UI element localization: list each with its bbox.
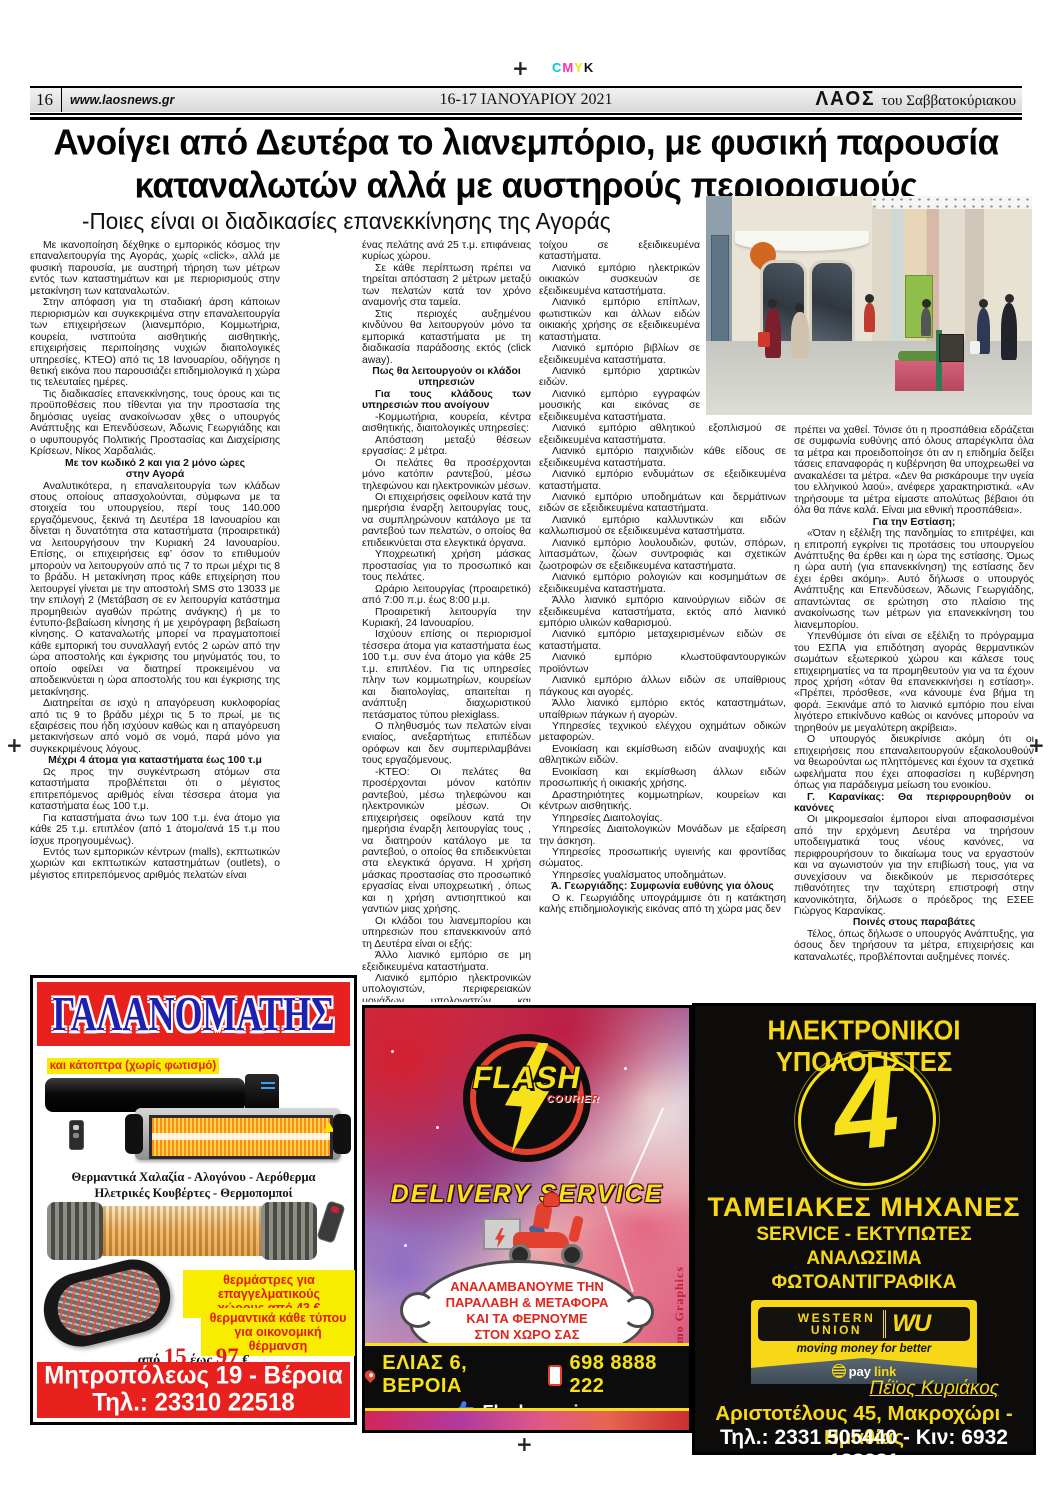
article-paragraph: Απόσταση μεταξύ θέσεων εργασίας: 2 μέτρα… bbox=[288, 435, 531, 458]
article-column-3: τοίχου σε εξειδικευμένα καταστήματα.Λιαν… bbox=[539, 240, 786, 998]
article-subheading: Ποινές στους παραβάτες bbox=[794, 917, 1034, 928]
article-subheading: Πως θα λειτουργούν οι κλάδοι υπηρεσιών bbox=[288, 366, 531, 389]
article-paragraph: «Όταν η εξέλιξη της πανδημίας το επιτρέψ… bbox=[794, 528, 1034, 631]
article-paragraph: Λιανικό εμπόριο αθλητικού εξοπλισμού σε … bbox=[539, 423, 786, 446]
flash-bubble-text: ΑΝΑΛΑΜΒΑΝΟΥΜΕ ΤΗΝ ΠΑΡΑΛΑΒΗ & ΜΕΤΑΦΟΡΑ ΚΑ… bbox=[422, 1279, 632, 1343]
flash-brand-text: FLASH bbox=[470, 1060, 585, 1096]
article-paragraph: Αναλυτικότερα, η επαναλειτουργία των κλά… bbox=[30, 481, 280, 699]
page-header: 16 www.laosnews.gr 16-17 ΙΑΝΟΥΑΡΙΟΥ 2021… bbox=[30, 88, 1022, 112]
wu-word-bottom: UNION bbox=[798, 1324, 876, 1336]
warning-triangle-icon bbox=[323, 1122, 335, 1132]
article-paragraph: πρέπει να χαθεί. Τόνισε ότι η προσπάθεια… bbox=[794, 425, 1034, 517]
flash-brand-sub: COURIER bbox=[546, 1094, 599, 1105]
ad-galanomatis-phone: Τηλ.: 23310 22518 bbox=[37, 1389, 350, 1416]
article-paragraph: Προαιρετική λειτουργία την Κυριακή, 24 Ι… bbox=[288, 607, 531, 630]
outdoor-heater-image bbox=[36, 1252, 178, 1355]
cmyk-k: K bbox=[584, 60, 594, 75]
western-union-bar: WESTERN UNION WU bbox=[758, 1307, 970, 1341]
scooter-wheel bbox=[561, 1244, 583, 1266]
lightning-streak bbox=[625, 1108, 663, 1191]
photo-shop-window bbox=[809, 260, 856, 342]
lightning-bolt-icon bbox=[494, 1228, 506, 1248]
article-paragraph: Λιανικό εμπόριο υποδημάτων και δερμάτινω… bbox=[539, 492, 786, 515]
article-paragraph: ένας πελάτης ανά 25 τ.μ. επιφάνειας κυρί… bbox=[288, 240, 531, 263]
registration-mark-top: + bbox=[512, 56, 529, 80]
article-paragraph: Ισχύουν επίσης οι περιορισμοί τέσσερα άτ… bbox=[288, 629, 531, 721]
rider-helmet bbox=[543, 1192, 560, 1207]
article-paragraph: Για καταστήματα άνω των 100 τ.μ. ένα άτο… bbox=[30, 813, 280, 847]
headline-line1: Ανοίγει από Δευτέρα το λιανεμπόριο, με φ… bbox=[30, 122, 1022, 164]
paylink-pay: pay bbox=[849, 1364, 871, 1379]
article-paragraph: Ο κ. Γεωργιάδης υπογράμμισε ότι η κατάκτ… bbox=[539, 893, 786, 916]
article-column-1: Με ικανοποίηση δέχθηκε ο εμπορικός κόσμο… bbox=[30, 240, 280, 974]
article-subheading: Μέχρι 4 άτομα για καταστήματα έως 100 τ.… bbox=[30, 755, 280, 766]
heater-glow-element bbox=[149, 1115, 333, 1159]
article-paragraph: Λιανικό εμπόριο άλλων ειδών σε υπαίθριου… bbox=[539, 675, 786, 698]
ad-galanomatis-highlight: και κάτοπτρα (χωρίς φωτισμό) bbox=[47, 1058, 219, 1074]
cmyk-mark: CMYK bbox=[552, 60, 594, 75]
ad-galanomatis: ΓΑΛΑΝΟΜΑΤΗΣ και κάτοπτρα (χωρίς φωτισμό)… bbox=[30, 975, 357, 1425]
flash-phone: 698 8888 222 bbox=[569, 1352, 689, 1398]
article-paragraph: Λιανικό εμπόριο κλωστοϋφαντουργικών προϊ… bbox=[539, 652, 786, 675]
computers-line-4: ΦΩΤΟΑΝΤΙΓΡΑΦΙΚΑ bbox=[695, 1272, 1033, 1294]
computers-line-2: SERVICE - ΕΚΤΥΠΩΤΕΣ bbox=[695, 1224, 1033, 1246]
article-paragraph: Οι μικρομεσαίοι έμποροι είναι αποφασισμέ… bbox=[794, 814, 1034, 917]
article-paragraph: Υπηρεσίες γυαλίσματος υποδημάτων. bbox=[539, 870, 786, 881]
cmyk-m: M bbox=[562, 60, 574, 75]
newspaper-logo: ΛΑΟΣ του Σαββατοκύριακου bbox=[815, 89, 1016, 111]
article-paragraph: Με ικανοποίηση δέχθηκε ο εμπορικός κόσμο… bbox=[30, 240, 280, 297]
photo-pedestrian bbox=[791, 312, 809, 358]
article-paragraph: -Κομμωτήρια, κουρεία, κέντρα αισθητικής,… bbox=[288, 412, 531, 435]
article-paragraph: Ο υπουργός διευκρίνισε ακόμη ότι οι επιχ… bbox=[794, 734, 1034, 791]
article-paragraph: Στην απόφαση για τη σταδιακή άρση κάποιω… bbox=[30, 297, 280, 389]
article-paragraph: Λιανικό εμπόριο λουλουδιών, φυτών, σπόρω… bbox=[539, 538, 786, 572]
mobile-phone-icon bbox=[548, 1365, 562, 1386]
computers-line-3: ΑΝΑΛΩΣΙΜΑ bbox=[695, 1248, 1033, 1270]
registration-mark-bottom: + bbox=[516, 1432, 533, 1456]
subheadline: -Ποιες είναι οι διαδικασίες επανεκκίνηση… bbox=[82, 208, 611, 235]
article-subheading: Για τους κλάδους των υπηρεσιών που ανοίγ… bbox=[288, 389, 531, 412]
photo-street-sign bbox=[939, 334, 964, 362]
scooter-front bbox=[568, 1215, 584, 1243]
article-paragraph: Οι κλάδοι του λιανεμπορίου και υπηρεσιών… bbox=[288, 916, 531, 950]
article-paragraph: Ως προς την συγκέντρωση ατόμων στα κατασ… bbox=[30, 767, 280, 813]
article-paragraph: Διατηρείται σε ισχύ η απαγόρευση κυκλοφο… bbox=[30, 698, 280, 755]
computers-line-1: ΤΑΜΕΙΑΚΕΣ ΜΗΧΑΝΕΣ bbox=[695, 1192, 1033, 1223]
ad-flash-courier: FLASH COURIER DELIVERY SERVICE ΑΝΑΛΑΜΒΑΝ… bbox=[362, 1005, 692, 1433]
cmyk-y: Y bbox=[574, 60, 584, 75]
article-paragraph: Στις περιοχές αυξημένου κινδύνου θα λειτ… bbox=[288, 309, 531, 366]
header-bottom-rule bbox=[30, 113, 1022, 120]
wu-initials: WU bbox=[883, 1310, 930, 1338]
article-paragraph: Εντός των εμπορικών κέντρων (malls), εκπ… bbox=[30, 847, 280, 881]
western-union-logo: WESTERN UNION WU moving money for better… bbox=[751, 1300, 977, 1384]
location-pin-icon bbox=[363, 1367, 378, 1382]
globe-icon bbox=[832, 1364, 846, 1378]
article-column-2: ένας πελάτης ανά 25 τ.μ. επιφάνειας κυρί… bbox=[288, 240, 531, 1002]
article-paragraph: Υπηρεσίες προσωπικής υγιεινής και φροντί… bbox=[539, 847, 786, 870]
article-paragraph: Υπηρεσίες Διαιτολογικών Μονάδων με εξαίρ… bbox=[539, 824, 786, 847]
article-subheading: Για την Εστίαση; bbox=[794, 517, 1034, 528]
flash-address: ΕΛΙΑΣ 6, ΒΕΡΟΙΑ bbox=[382, 1352, 541, 1398]
ad-galanomatis-products-1: Θερμαντικά Χαλαζία - Αλογόνου - Αερόθερμ… bbox=[33, 1170, 354, 1185]
flash-service-text: DELIVERY SERVICE bbox=[365, 1180, 689, 1209]
article-paragraph: Λιανικό εμπόριο παιχνιδιών κάθε είδους σ… bbox=[539, 446, 786, 469]
photo-pedestrian bbox=[864, 303, 874, 331]
star-dot bbox=[624, 1067, 627, 1070]
star-dot bbox=[391, 1050, 394, 1053]
ad-galanomatis-address: Μητροπόλεως 19 - Βέροια bbox=[37, 1361, 350, 1390]
logo-name: ΛΑΟΣ bbox=[815, 88, 875, 111]
computers-phone: Τηλ.: 2331 505440 - Κιν: 6932 188281 bbox=[695, 1426, 1033, 1474]
remote-control-image bbox=[69, 1120, 84, 1150]
number-4-logo: 4 bbox=[791, 1047, 942, 1193]
computers-owner: Πέϊος Κυριάκος bbox=[869, 1378, 999, 1400]
flash-contact-band: ΕΛΙΑΣ 6, ΒΕΡΟΙΑ 698 8888 222 Flash couri… bbox=[365, 1343, 689, 1408]
paylink-link: link bbox=[874, 1364, 896, 1379]
ad-computers-4: ΗΛΕΚΤΡΟΝΙΚΟΙ ΥΠΟΛΟΓΙΣΤΕΣ 4 ΤΑΜΕΙΑΚΕΣ ΜΗΧ… bbox=[692, 1003, 1036, 1455]
article-paragraph: Λιανικό εμπόριο ενδυμάτων σε εξειδικευμέ… bbox=[539, 469, 786, 492]
photo-white-bag bbox=[970, 341, 980, 354]
article-subheading: Με τον κωδικό 2 και για 2 μόνο ώρες στην… bbox=[30, 458, 280, 481]
wu-tagline: moving money for better bbox=[758, 1341, 970, 1358]
article-paragraph: Δραστηριότητες κομμωτηρίων, κουρείων και… bbox=[539, 790, 786, 813]
photo-spacer bbox=[700, 240, 786, 418]
article-subheading: Γ. Καρανίκας: Θα περιφρουρηθούν οι κανόν… bbox=[794, 792, 1034, 815]
cmyk-c: C bbox=[552, 60, 562, 75]
logo-tagline: του Σαββατοκύριακου bbox=[882, 93, 1016, 110]
ad-galanomatis-header: ΓΑΛΑΝΟΜΑΤΗΣ bbox=[37, 982, 350, 1046]
article-paragraph: Άλλο λιανικό εμπόριο καινούργιων ειδών σ… bbox=[539, 595, 786, 629]
delivery-scooter-image bbox=[483, 1214, 583, 1266]
ad-galanomatis-products-2: Ηλετρικές Κουβέρτες - Θερμοπομποί bbox=[33, 1186, 354, 1201]
ad-galanomatis-title: ΓΑΛΑΝΟΜΑΤΗΣ bbox=[53, 986, 335, 1043]
article-paragraph: Ο πληθυσμός των πελατών είναι ενιαίος, α… bbox=[288, 721, 531, 767]
article-paragraph: Ενοικίαση και εκμίσθωση ειδών αναψυχής κ… bbox=[539, 744, 786, 767]
heater-bar-image bbox=[45, 1078, 245, 1112]
article-paragraph: Οι επιχειρήσεις οφείλουν κατά την ημερήσ… bbox=[288, 492, 531, 549]
photo-planter bbox=[895, 360, 963, 391]
article-paragraph: Υποχρεωτική χρήση μάσκας προστασίας για … bbox=[288, 549, 531, 583]
photo-pedestrian bbox=[921, 308, 931, 336]
article-subheading: Ά. Γεωργιάδης: Συμφωνία ευθύνης για όλου… bbox=[539, 881, 786, 892]
article-paragraph: Τέλος, όπως δήλωσε ο υπουργός Ανάπτυξης,… bbox=[794, 929, 1034, 963]
flash-bottom-strip bbox=[365, 1408, 689, 1430]
registration-mark-left: + bbox=[6, 733, 23, 757]
article-paragraph: Λιανικό εμπόριο ρολογιών και κοσμημάτων … bbox=[539, 572, 786, 595]
article-paragraph: Λιανικό εμπόριο μεταχειρισμένων ειδών σε… bbox=[539, 629, 786, 652]
remote-control-image bbox=[316, 1200, 345, 1244]
photo-pedestrian bbox=[1001, 303, 1017, 360]
quartz-heater-image bbox=[49, 1206, 315, 1256]
newspaper-page: + CMYK + + + 16 www.laosnews.gr 16-17 ΙΑ… bbox=[0, 0, 1052, 1488]
article-paragraph: Άλλο λιανικό εμπόριο εκτός καταστημάτων,… bbox=[539, 698, 786, 721]
article-column-4: πρέπει να χαθεί. Τόνισε ότι η προσπάθεια… bbox=[794, 425, 1034, 1000]
article-paragraph: Υπενθύμισε ότι είναι σε εξέλιξη το πρόγρ… bbox=[794, 631, 1034, 734]
article-paragraph: Ενοικίαση και εκμίσθωση άλλων ειδών προσ… bbox=[539, 767, 786, 790]
article-paragraph: Υπηρεσίες Διαιτολογίας. bbox=[539, 813, 786, 824]
number-4-text: 4 bbox=[794, 1039, 938, 1178]
article-paragraph: Ωράριο λειτουργίας (προαιρετικό) από 7:0… bbox=[288, 584, 531, 607]
article-paragraph: Υπηρεσίες τεχνικού ελέγχου οχημάτων οδικ… bbox=[539, 721, 786, 744]
infrared-heater-image bbox=[135, 1108, 341, 1160]
star-dot bbox=[404, 1244, 407, 1247]
ad-galanomatis-footer: Μητροπόλεως 19 - Βέροια Τηλ.: 23310 2251… bbox=[37, 1362, 350, 1418]
article-paragraph: Σε κάθε περίπτωση πρέπει να τηρείται από… bbox=[288, 263, 531, 309]
article-paragraph: Λιανικό εμπόριο καλλυντικών και ειδών κα… bbox=[539, 515, 786, 538]
article-paragraph: Οι πελάτες θα προσέρχονται μόνο κατόπιν … bbox=[288, 458, 531, 492]
star-dot bbox=[436, 1126, 439, 1129]
article-paragraph: -ΚΤΕΟ: Οι πελάτες θα προσέρχονται μόνον … bbox=[288, 767, 531, 916]
article-paragraph: Τις διαδικασίες επανεκκίνησης, τους όρου… bbox=[30, 389, 280, 458]
